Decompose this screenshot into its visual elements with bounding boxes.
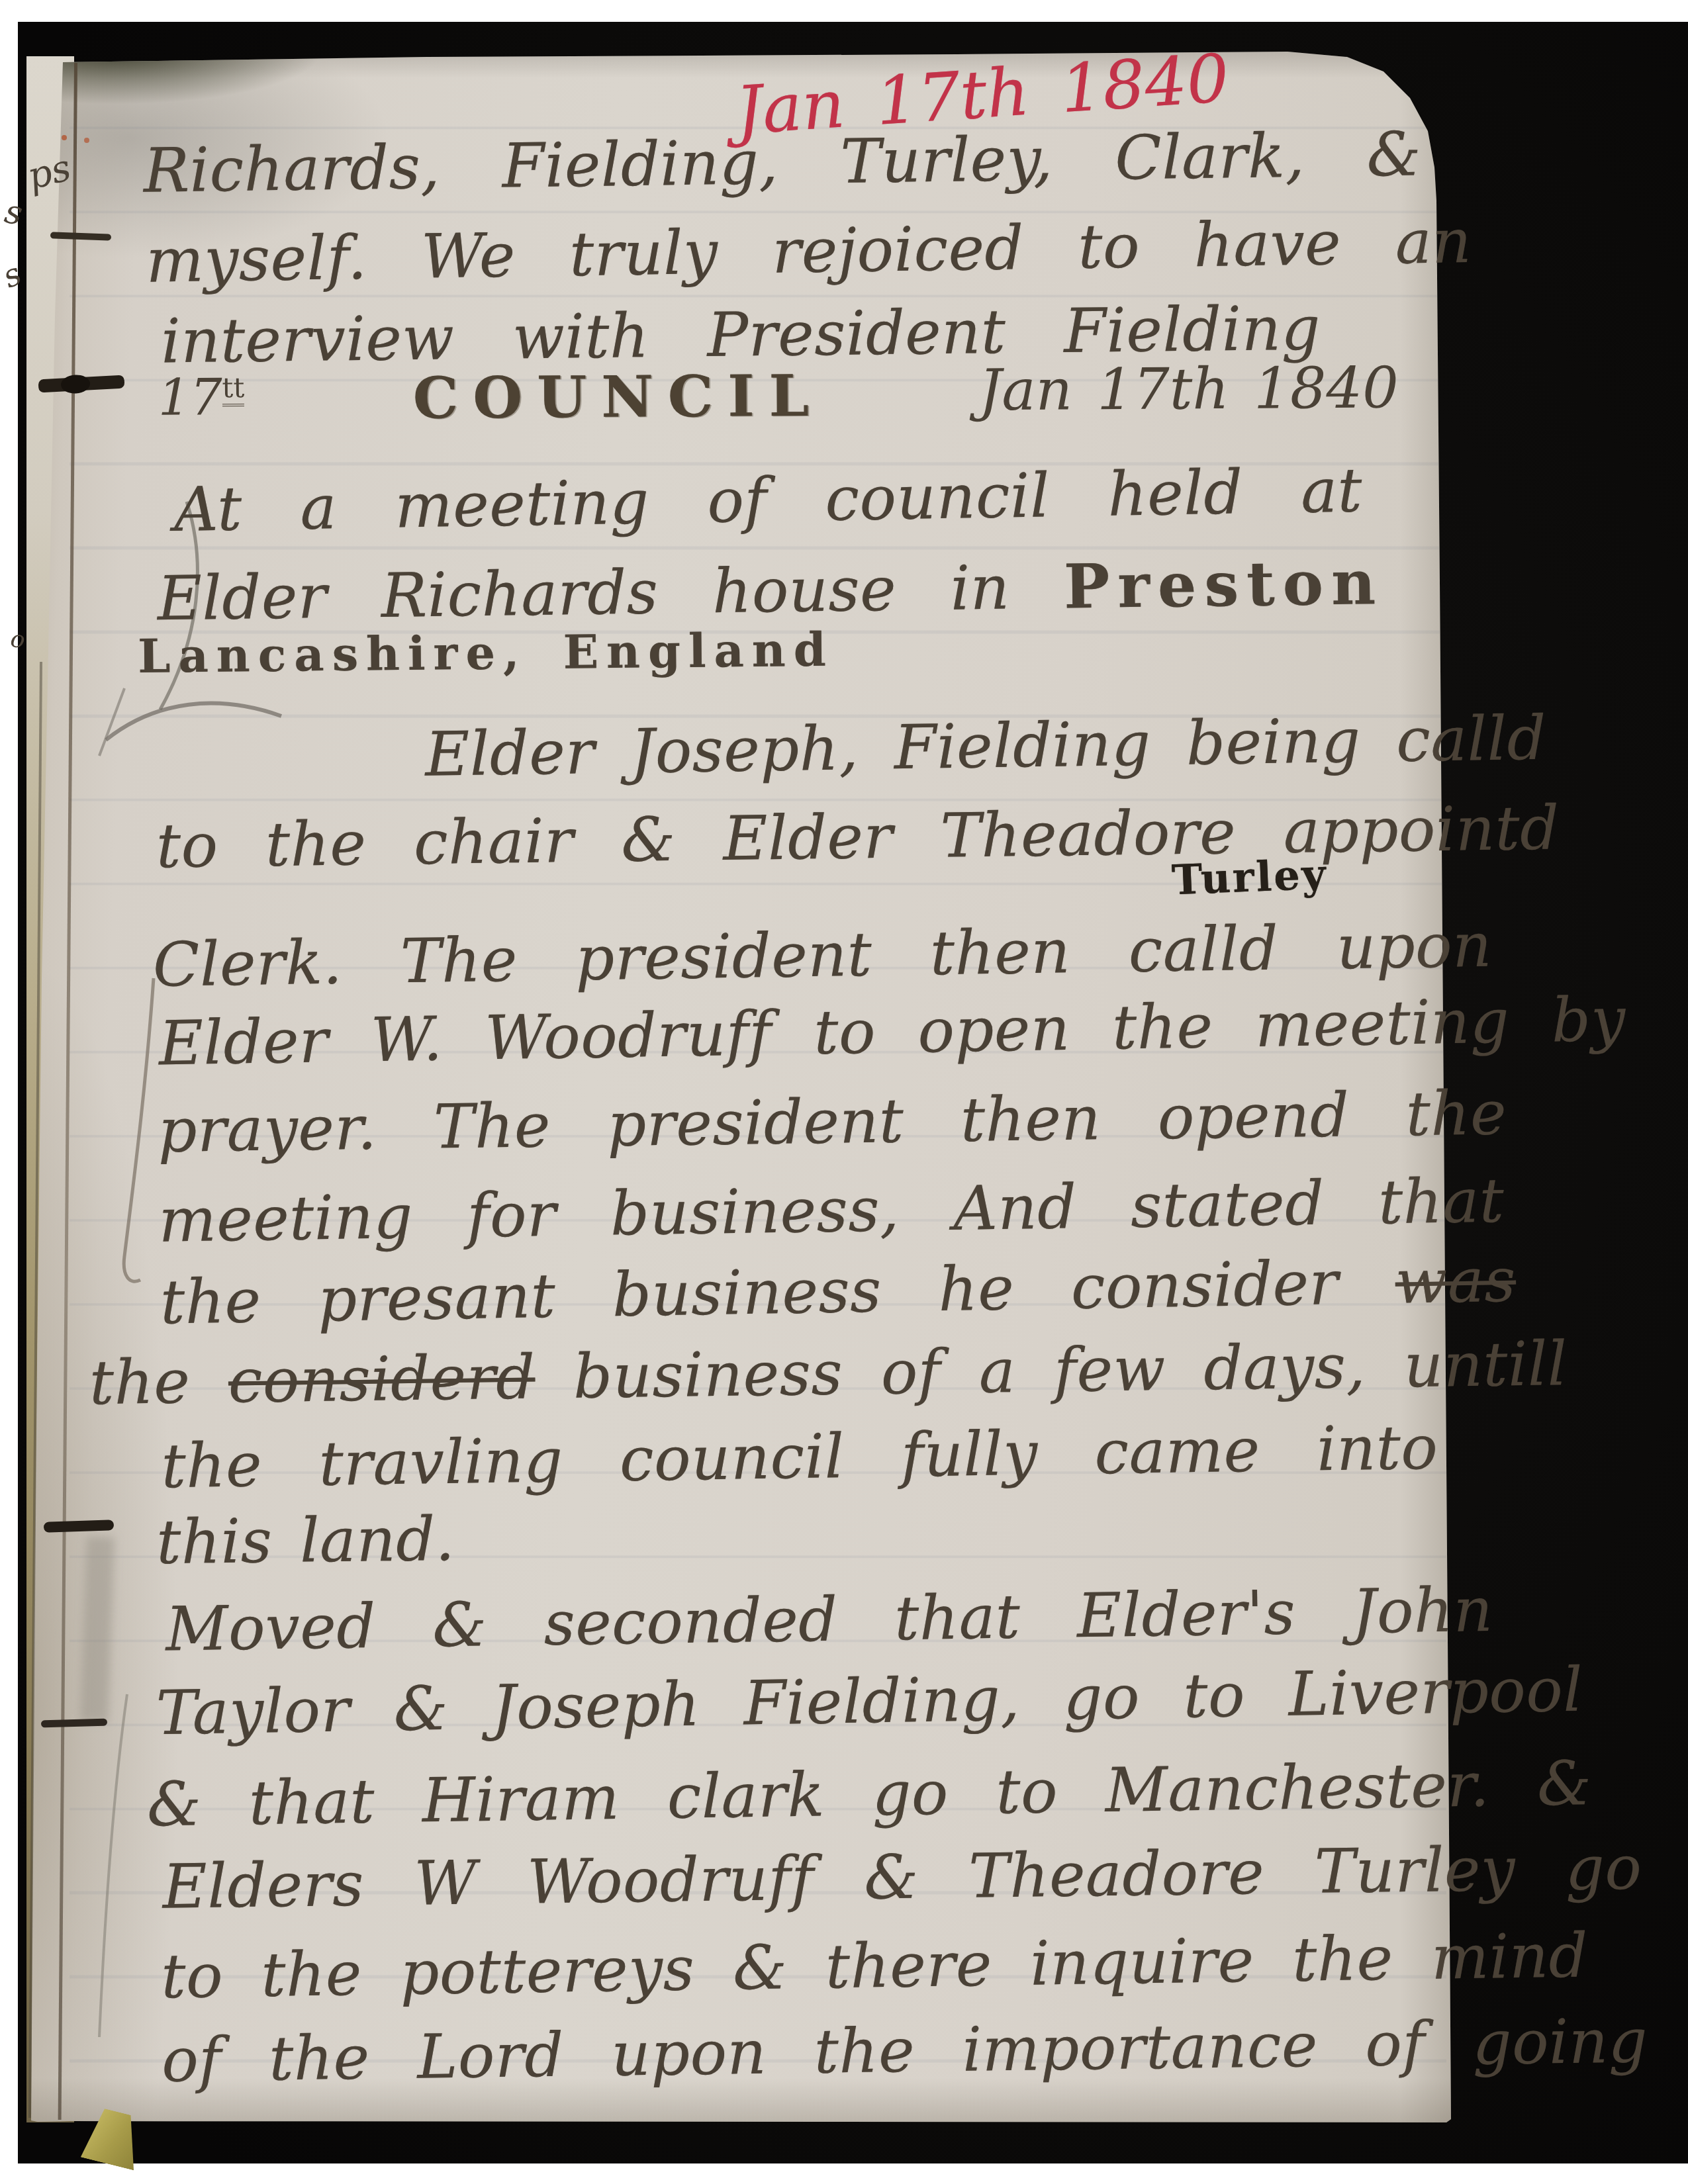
manuscript-text: to the chair & Elder Theadore appointd: [156, 793, 1560, 882]
manuscript-text: of the Lord upon the importance of going: [162, 2005, 1648, 2095]
manuscript-line: of the Lord upon the importance of going: [162, 2005, 1648, 2095]
manuscript-text: the: [89, 1346, 228, 1419]
manuscript-line: Elders W Woodruff & Theadore Turley go: [162, 1832, 1642, 1922]
manuscript-text: Elder Joseph, Fielding being calld: [424, 703, 1546, 790]
manuscript-line: this land.: [156, 1504, 455, 1578]
manuscript-line: interview with President Fielding: [161, 293, 1321, 377]
manuscript-line: Clerk. The president then calld upon: [152, 910, 1492, 1001]
manuscript-line: the travling council fully came into: [161, 1412, 1438, 1502]
manuscript-text: business of a few days, untill: [535, 1328, 1568, 1412]
manuscript-line: Elder W. Woodruff to open the meeting by: [158, 984, 1626, 1079]
manuscript-text: to the pottereys & there inquire the min…: [161, 1920, 1589, 2012]
manuscript-line: Taylor & Joseph Fielding, go to Liverpoo…: [156, 1654, 1583, 1749]
manuscript-line: prayer. The president then opend the: [158, 1077, 1507, 1166]
manuscript-text: Elder W. Woodruff to open the meeting by: [158, 984, 1626, 1079]
manuscript-line: Lancashire, England: [138, 622, 834, 684]
manuscript-text: At a meeting of council held at: [173, 455, 1363, 545]
manuscript-text: & that Hiram clark go to Manchester. &: [146, 1748, 1592, 1840]
manuscript-text: the presant business he consider: [160, 1247, 1395, 1338]
manuscript-text: meeting for business, And stated that: [158, 1165, 1505, 1256]
manuscript-text: Elder Richards house in: [157, 551, 1064, 634]
manuscript-line: Moved & seconded that Elder's John: [165, 1574, 1493, 1665]
manuscript-line: myself. We truly rejoiced to have an: [146, 206, 1472, 296]
manuscript-text-layer: Jan 17th 1840 17tt COUNCIL Jan 17th 1840…: [0, 0, 1688, 2184]
entry-number-suffix: tt: [222, 371, 244, 406]
manuscript-text: myself. We truly rejoiced to have an: [146, 206, 1472, 296]
manuscript-line: & that Hiram clark go to Manchester. &: [146, 1748, 1592, 1840]
manuscript-text: prayer. The president then opend the: [158, 1077, 1507, 1166]
manuscript-text: Moved & seconded that Elder's John: [165, 1574, 1493, 1665]
scanned-journal-page: ps s s o Jan 17th 1840 17tt COUNCIL Jan …: [0, 0, 1688, 2184]
manuscript-text: Taylor & Joseph Fielding, go to Liverpoo…: [156, 1654, 1583, 1749]
manuscript-text: this land.: [156, 1504, 455, 1578]
manuscript-text: Clerk. The president then calld upon: [152, 910, 1492, 1001]
manuscript-line: Elder Joseph, Fielding being calld: [424, 703, 1546, 790]
manuscript-line: Elder Richards house in Preston: [157, 547, 1384, 634]
manuscript-text: Elders W Woodruff & Theadore Turley go: [162, 1832, 1642, 1922]
manuscript-line: meeting for business, And stated that: [158, 1165, 1505, 1256]
manuscript-text: the travling council fully came into: [161, 1412, 1438, 1502]
manuscript-line: the considerd business of a few days, un…: [89, 1328, 1568, 1418]
manuscript-text: interview with President Fielding: [161, 293, 1321, 377]
manuscript-word-print: Preston: [1063, 547, 1383, 622]
manuscript-line: to the chair & Elder Theadore appointd: [156, 793, 1560, 882]
manuscript-line: the presant business he consider was: [160, 1245, 1517, 1338]
manuscript-word-strike: was: [1395, 1245, 1517, 1318]
manuscript-word-strike: considerd: [228, 1342, 536, 1416]
manuscript-line: to the pottereys & there inquire the min…: [161, 1920, 1589, 2012]
manuscript-word-print: Lancashire, England: [138, 622, 834, 684]
manuscript-line: At a meeting of council held at: [173, 455, 1363, 545]
